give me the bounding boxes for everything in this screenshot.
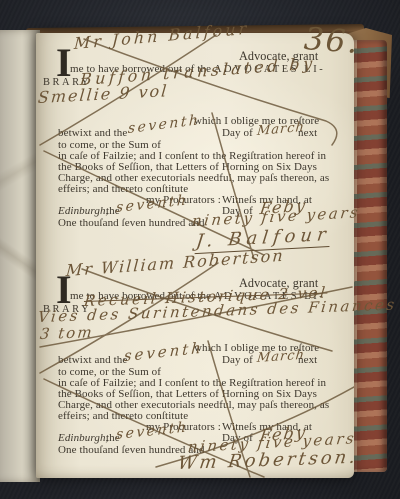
form2-betwixt: betwixt and the (58, 354, 127, 366)
form2-book-line3: 3 tom (39, 323, 94, 343)
form1-edinburgh: Edinburgh, (58, 205, 108, 217)
form1-borrower-name: Mr John Balfour (73, 19, 249, 53)
facing-page-gutter (0, 30, 40, 482)
form1-day-of-1: Day of (222, 127, 253, 139)
receipt-page: 36. I Mr John Balfour Advocate, grant me… (36, 33, 354, 478)
marbled-page-edges (350, 40, 387, 472)
form2-next: next (298, 354, 317, 366)
form1-next: next (298, 127, 317, 139)
form2-return-day: seventh (123, 338, 204, 365)
form2-day-of-1: Day of (222, 354, 253, 366)
form2-edinburgh: Edinburgh, (58, 432, 108, 444)
form2-borrower-name: Mr William Robertson (65, 246, 285, 280)
form1-signed-day: seventh (115, 192, 189, 216)
book-photo: 36. I Mr John Balfour Advocate, grant me… (0, 0, 400, 499)
form1-one-thousand: One thouſand ſeven hundred and (58, 217, 205, 229)
form2-signed-day: seventh (115, 419, 189, 443)
form1-betwixt: betwixt and the (58, 127, 127, 139)
form1-return-day: seventh (128, 112, 201, 137)
